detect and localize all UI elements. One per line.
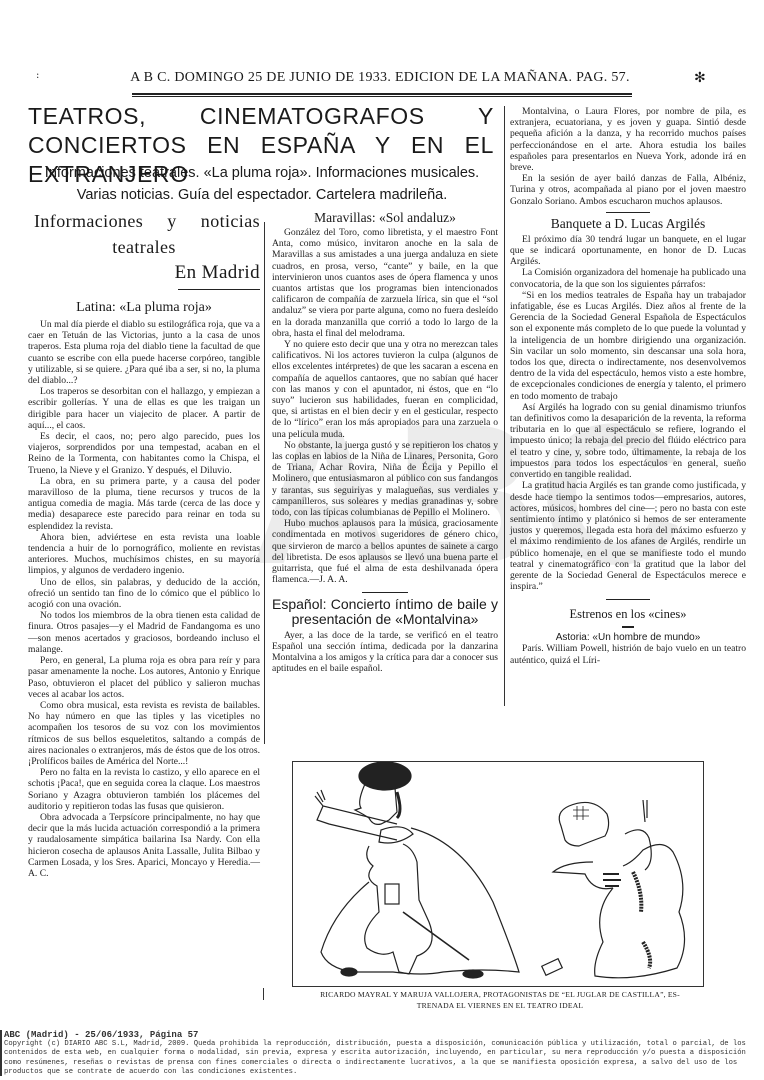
article-body: Un mal día pierde el diablo su estilográ…: [28, 319, 260, 879]
scan-edge: [0, 1030, 2, 1076]
column-3: Montalvina, o Laura Flores, por nombre d…: [510, 106, 746, 666]
paragraph: Hubo muchos aplausos para la música, gra…: [272, 518, 498, 585]
footer-heading: ABC (Madrid) - 25/06/1933, Página 57: [4, 1030, 760, 1040]
section-title: Informaciones y noticias: [28, 208, 260, 234]
footer: ABC (Madrid) - 25/06/1933, Página 57 Cop…: [4, 1030, 760, 1077]
column-rule: [263, 988, 264, 1000]
paragraph: París. William Powell, histrión de bajo …: [510, 643, 746, 665]
masthead-rule: [132, 93, 632, 97]
article-title: Maravillas: «Sol andaluz»: [272, 210, 498, 226]
paragraph: La Comisión organizadora del homenaje ha…: [510, 267, 746, 289]
star-icon: ✻: [694, 70, 706, 86]
illustration-caption: RICARDO MAYRAL Y MARUJA VALLOJERA, PROTA…: [276, 989, 724, 1011]
column-rule: [264, 222, 265, 744]
article-title: Banquete a D. Lucas Argilés: [510, 216, 746, 232]
paragraph: No obstante, la juerga gustó y se repiti…: [272, 440, 498, 518]
paragraph: Así Argilés ha logrado con su genial din…: [510, 402, 746, 480]
heading-rule: [178, 289, 260, 290]
article-body: París. William Powell, histrión de bajo …: [510, 643, 746, 665]
paragraph: El próximo día 30 tendrá lugar un banque…: [510, 234, 746, 268]
paragraph: La gratitud hacia Argilés es tan grande …: [510, 480, 746, 592]
paragraph: Pero, en general, La pluma roja es obra …: [28, 655, 260, 700]
paragraph: Como obra musical, esta revista es revis…: [28, 700, 260, 767]
section-title-cont: teatrales: [28, 234, 260, 260]
divider-rule: [606, 212, 650, 213]
divider-rule: [606, 599, 650, 600]
paragraph: “Si en los medios teatrales de España ha…: [510, 290, 746, 402]
paragraph: Ahora bien, adviértese en esta revista u…: [28, 532, 260, 577]
paragraph: Los traperos se desorbitan con el hallaz…: [28, 386, 260, 431]
copyright-notice: Copyright (c) DIARIO ABC S.L, Madrid, 20…: [4, 1040, 760, 1077]
article-body: Ayer, a las doce de la tarde, se verific…: [272, 630, 498, 675]
article-body: El próximo día 30 tendrá lugar un banque…: [510, 234, 746, 593]
column-rule: [504, 106, 505, 706]
section-title: Estrenos en los «cines»: [510, 607, 746, 622]
banner-subtitle-line-1: Informaciones teatrales. «La pluma roja»…: [28, 162, 496, 184]
paragraph: Montalvina, o Laura Flores, por nombre d…: [510, 106, 746, 173]
caption-line-1: RICARDO MAYRAL Y MARUJA VALLOJERA, PROTA…: [276, 989, 724, 1000]
paragraph: La obra, en su primera parte, y a causa …: [28, 476, 260, 532]
caption-line-2: TRENADA EL VIERNES EN EL TEATRO IDEAL: [276, 1000, 724, 1011]
article-title: Latina: «La pluma roja»: [28, 300, 260, 316]
paragraph: Obra advocada a Terpsícore principalment…: [28, 812, 260, 879]
paragraph: No todos los miembros de la obra tienen …: [28, 610, 260, 655]
paragraph: Y no quiere esto decir que una y otra no…: [272, 339, 498, 440]
column-2: Maravillas: «Sol andaluz» González del T…: [272, 210, 498, 674]
banner-subtitle-line-2: Varias noticias. Guía del espectador. Ca…: [28, 184, 496, 206]
caricature-drawing: [293, 762, 703, 986]
paragraph: Es decir, el caos, no; pero algo parecid…: [28, 431, 260, 476]
margin-mark: :: [36, 70, 39, 81]
paragraph: En la sesión de ayer bailó danzas de Fal…: [510, 173, 746, 207]
city-heading: En Madrid: [28, 260, 260, 286]
paragraph: Pero no falta en la revista lo castizo, …: [28, 767, 260, 812]
article-body: Montalvina, o Laura Flores, por nombre d…: [510, 106, 746, 207]
article-body: González del Toro, como libretista, y el…: [272, 227, 498, 586]
banner-subtitle: Informaciones teatrales. «La pluma roja»…: [28, 162, 496, 206]
column-1: Informaciones y noticias teatrales En Ma…: [28, 208, 260, 879]
caricature-illustration: [292, 761, 704, 987]
article-title: Astoria: «Un hombre de mundo»: [510, 632, 746, 643]
divider-rule: [622, 626, 634, 628]
masthead: A B C. DOMINGO 25 DE JUNIO DE 1933. EDIC…: [120, 70, 640, 86]
divider-rule: [362, 592, 408, 593]
paragraph: Uno de ellos, sin palabras, y deducido d…: [28, 577, 260, 611]
paragraph: Un mal día pierde el diablo su estilográ…: [28, 319, 260, 386]
paragraph: Ayer, a las doce de la tarde, se verific…: [272, 630, 498, 675]
paragraph: González del Toro, como libretista, y el…: [272, 227, 498, 339]
article-title: Español: Concierto íntimo de baile y pre…: [272, 597, 498, 627]
